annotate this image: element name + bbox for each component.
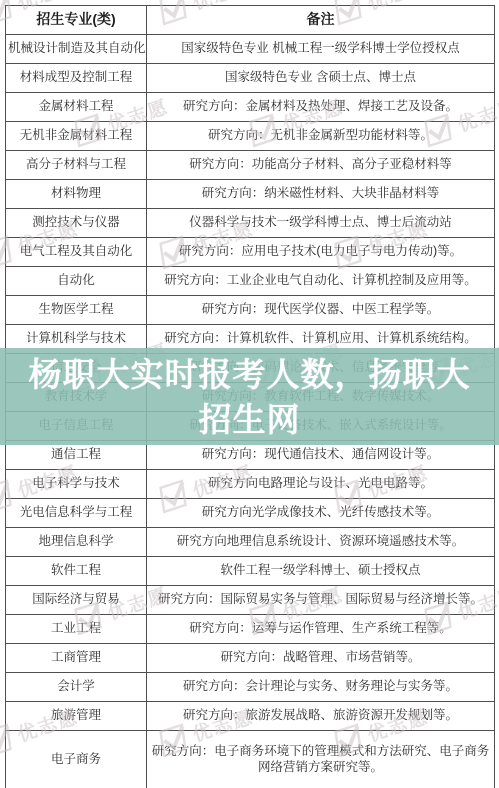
table-row: 金属材料工程研究方向：金属材料及热处理、焊接工艺及设备。 [6, 93, 495, 122]
note-cell: 研究方向：无机非金属新型功能材料等。 [147, 122, 495, 151]
table-row: 工商管理研究方向：战略管理、市场营销等。 [6, 644, 495, 673]
note-cell: 国家级特色专业 含硕士点、博士点 [147, 64, 495, 93]
major-cell: 电气工程及其自动化 [6, 238, 147, 267]
table-row: 软件工程软件工程一级学科博士、硕士授权点 [6, 557, 495, 586]
major-cell: 生物医学工程 [6, 296, 147, 325]
note-cell: 研究方向：国际贸易实务与管理、国际贸易与经济增长等。 [147, 586, 495, 615]
promo-banner-text-line2: 招生网 [199, 397, 301, 442]
major-cell: 工商管理 [6, 644, 147, 673]
note-cell: 研究方向地理信息系统设计、资源环境遥感技术等。 [147, 528, 495, 557]
note-cell: 研究方向：功能高分子材料、高分子亚稳材料等 [147, 151, 495, 180]
note-cell: 研究方向电路理论与设计、光电电路等。 [147, 470, 495, 499]
major-cell: 光电信息科学与工程 [6, 499, 147, 528]
table-row: 电气工程及其自动化研究方向：应用电子技术(电力电子与电力传动)等。 [6, 238, 495, 267]
table-row: 机械设计制造及其自动化国家级特色专业 机械工程一级学科博士学位授权点 [6, 35, 495, 64]
major-cell: 电子商务 [6, 731, 147, 788]
note-cell: 仪器科学与技术一级学科博士点、博士后流动站 [147, 209, 495, 238]
table-row: 材料物理研究方向：纳米磁性材料、大块非晶材料等 [6, 180, 495, 209]
table-row: 高分子材料与工程研究方向：功能高分子材料、高分子亚稳材料等 [6, 151, 495, 180]
table-row: 工业工程研究方向：运筹与运作管理、生产系统工程等。 [6, 615, 495, 644]
screenshot-canvas: 招生专业(类) 备注 机械设计制造及其自动化国家级特色专业 机械工程一级学科博士… [0, 0, 499, 788]
major-cell: 电子科学与技术 [6, 470, 147, 499]
header-major: 招生专业(类) [6, 6, 147, 35]
note-cell: 研究方向光学成像技术、光纤传感技术等。 [147, 499, 495, 528]
table-row: 测控技术与仪器仪器科学与技术一级学科博士点、博士后流动站 [6, 209, 495, 238]
promo-banner-overlay: 杨职大实时报考人数，扬职大 招生网 [0, 348, 499, 445]
header-note: 备注 [147, 6, 495, 35]
major-cell: 材料物理 [6, 180, 147, 209]
table-row: 电子商务研究方向：电子商务环境下的管理模式和方法研究、电子商务网络营销方案研究等… [6, 731, 495, 788]
major-cell: 机械设计制造及其自动化 [6, 35, 147, 64]
table-row: 生物医学工程研究方向：现代医学仪器、中医工程学等。 [6, 296, 495, 325]
major-cell: 材料成型及控制工程 [6, 64, 147, 93]
table-row: 旅游管理研究方向：旅游发展战略、旅游资源开发规划等。 [6, 702, 495, 731]
note-cell: 研究方向：纳米磁性材料、大块非晶材料等 [147, 180, 495, 209]
note-cell: 研究方向：工业企业电气自动化、计算机控制及应用等。 [147, 267, 495, 296]
major-cell: 地理信息科学 [6, 528, 147, 557]
note-cell: 研究方向：运筹与运作管理、生产系统工程等。 [147, 615, 495, 644]
major-cell: 金属材料工程 [6, 93, 147, 122]
note-cell: 国家级特色专业 机械工程一级学科博士学位授权点 [147, 35, 495, 64]
note-cell: 研究方向：应用电子技术(电力电子与电力传动)等。 [147, 238, 495, 267]
major-cell: 工业工程 [6, 615, 147, 644]
note-cell: 研究方向：电子商务环境下的管理模式和方法研究、电子商务网络营销方案研究等。 [147, 731, 495, 788]
major-cell: 无机非金属材料工程 [6, 122, 147, 151]
major-cell: 国际经济与贸易 [6, 586, 147, 615]
major-cell: 会计学 [6, 673, 147, 702]
major-cell: 测控技术与仪器 [6, 209, 147, 238]
table-row: 地理信息科学研究方向地理信息系统设计、资源环境遥感技术等。 [6, 528, 495, 557]
table-row: 会计学研究方向：会计理论与实务、财务理论与实务等。 [6, 673, 495, 702]
promo-banner-text-line1: 杨职大实时报考人数，扬职大 [29, 352, 471, 397]
table-row: 材料成型及控制工程国家级特色专业 含硕士点、博士点 [6, 64, 495, 93]
major-cell: 旅游管理 [6, 702, 147, 731]
note-cell: 研究方向：会计理论与实务、财务理论与实务等。 [147, 673, 495, 702]
table-row: 电子科学与技术研究方向电路理论与设计、光电电路等。 [6, 470, 495, 499]
table-row: 国际经济与贸易研究方向：国际贸易实务与管理、国际贸易与经济增长等。 [6, 586, 495, 615]
table-row: 无机非金属材料工程研究方向：无机非金属新型功能材料等。 [6, 122, 495, 151]
major-cell: 高分子材料与工程 [6, 151, 147, 180]
table-header-row: 招生专业(类) 备注 [6, 6, 495, 35]
major-cell: 自动化 [6, 267, 147, 296]
note-cell: 研究方向：金属材料及热处理、焊接工艺及设备。 [147, 93, 495, 122]
note-cell: 软件工程一级学科博士、硕士授权点 [147, 557, 495, 586]
major-cell: 软件工程 [6, 557, 147, 586]
note-cell: 研究方向：旅游发展战略、旅游资源开发规划等。 [147, 702, 495, 731]
table-row: 自动化研究方向：工业企业电气自动化、计算机控制及应用等。 [6, 267, 495, 296]
table-row: 光电信息科学与工程研究方向光学成像技术、光纤传感技术等。 [6, 499, 495, 528]
note-cell: 研究方向：现代医学仪器、中医工程学等。 [147, 296, 495, 325]
note-cell: 研究方向：战略管理、市场营销等。 [147, 644, 495, 673]
